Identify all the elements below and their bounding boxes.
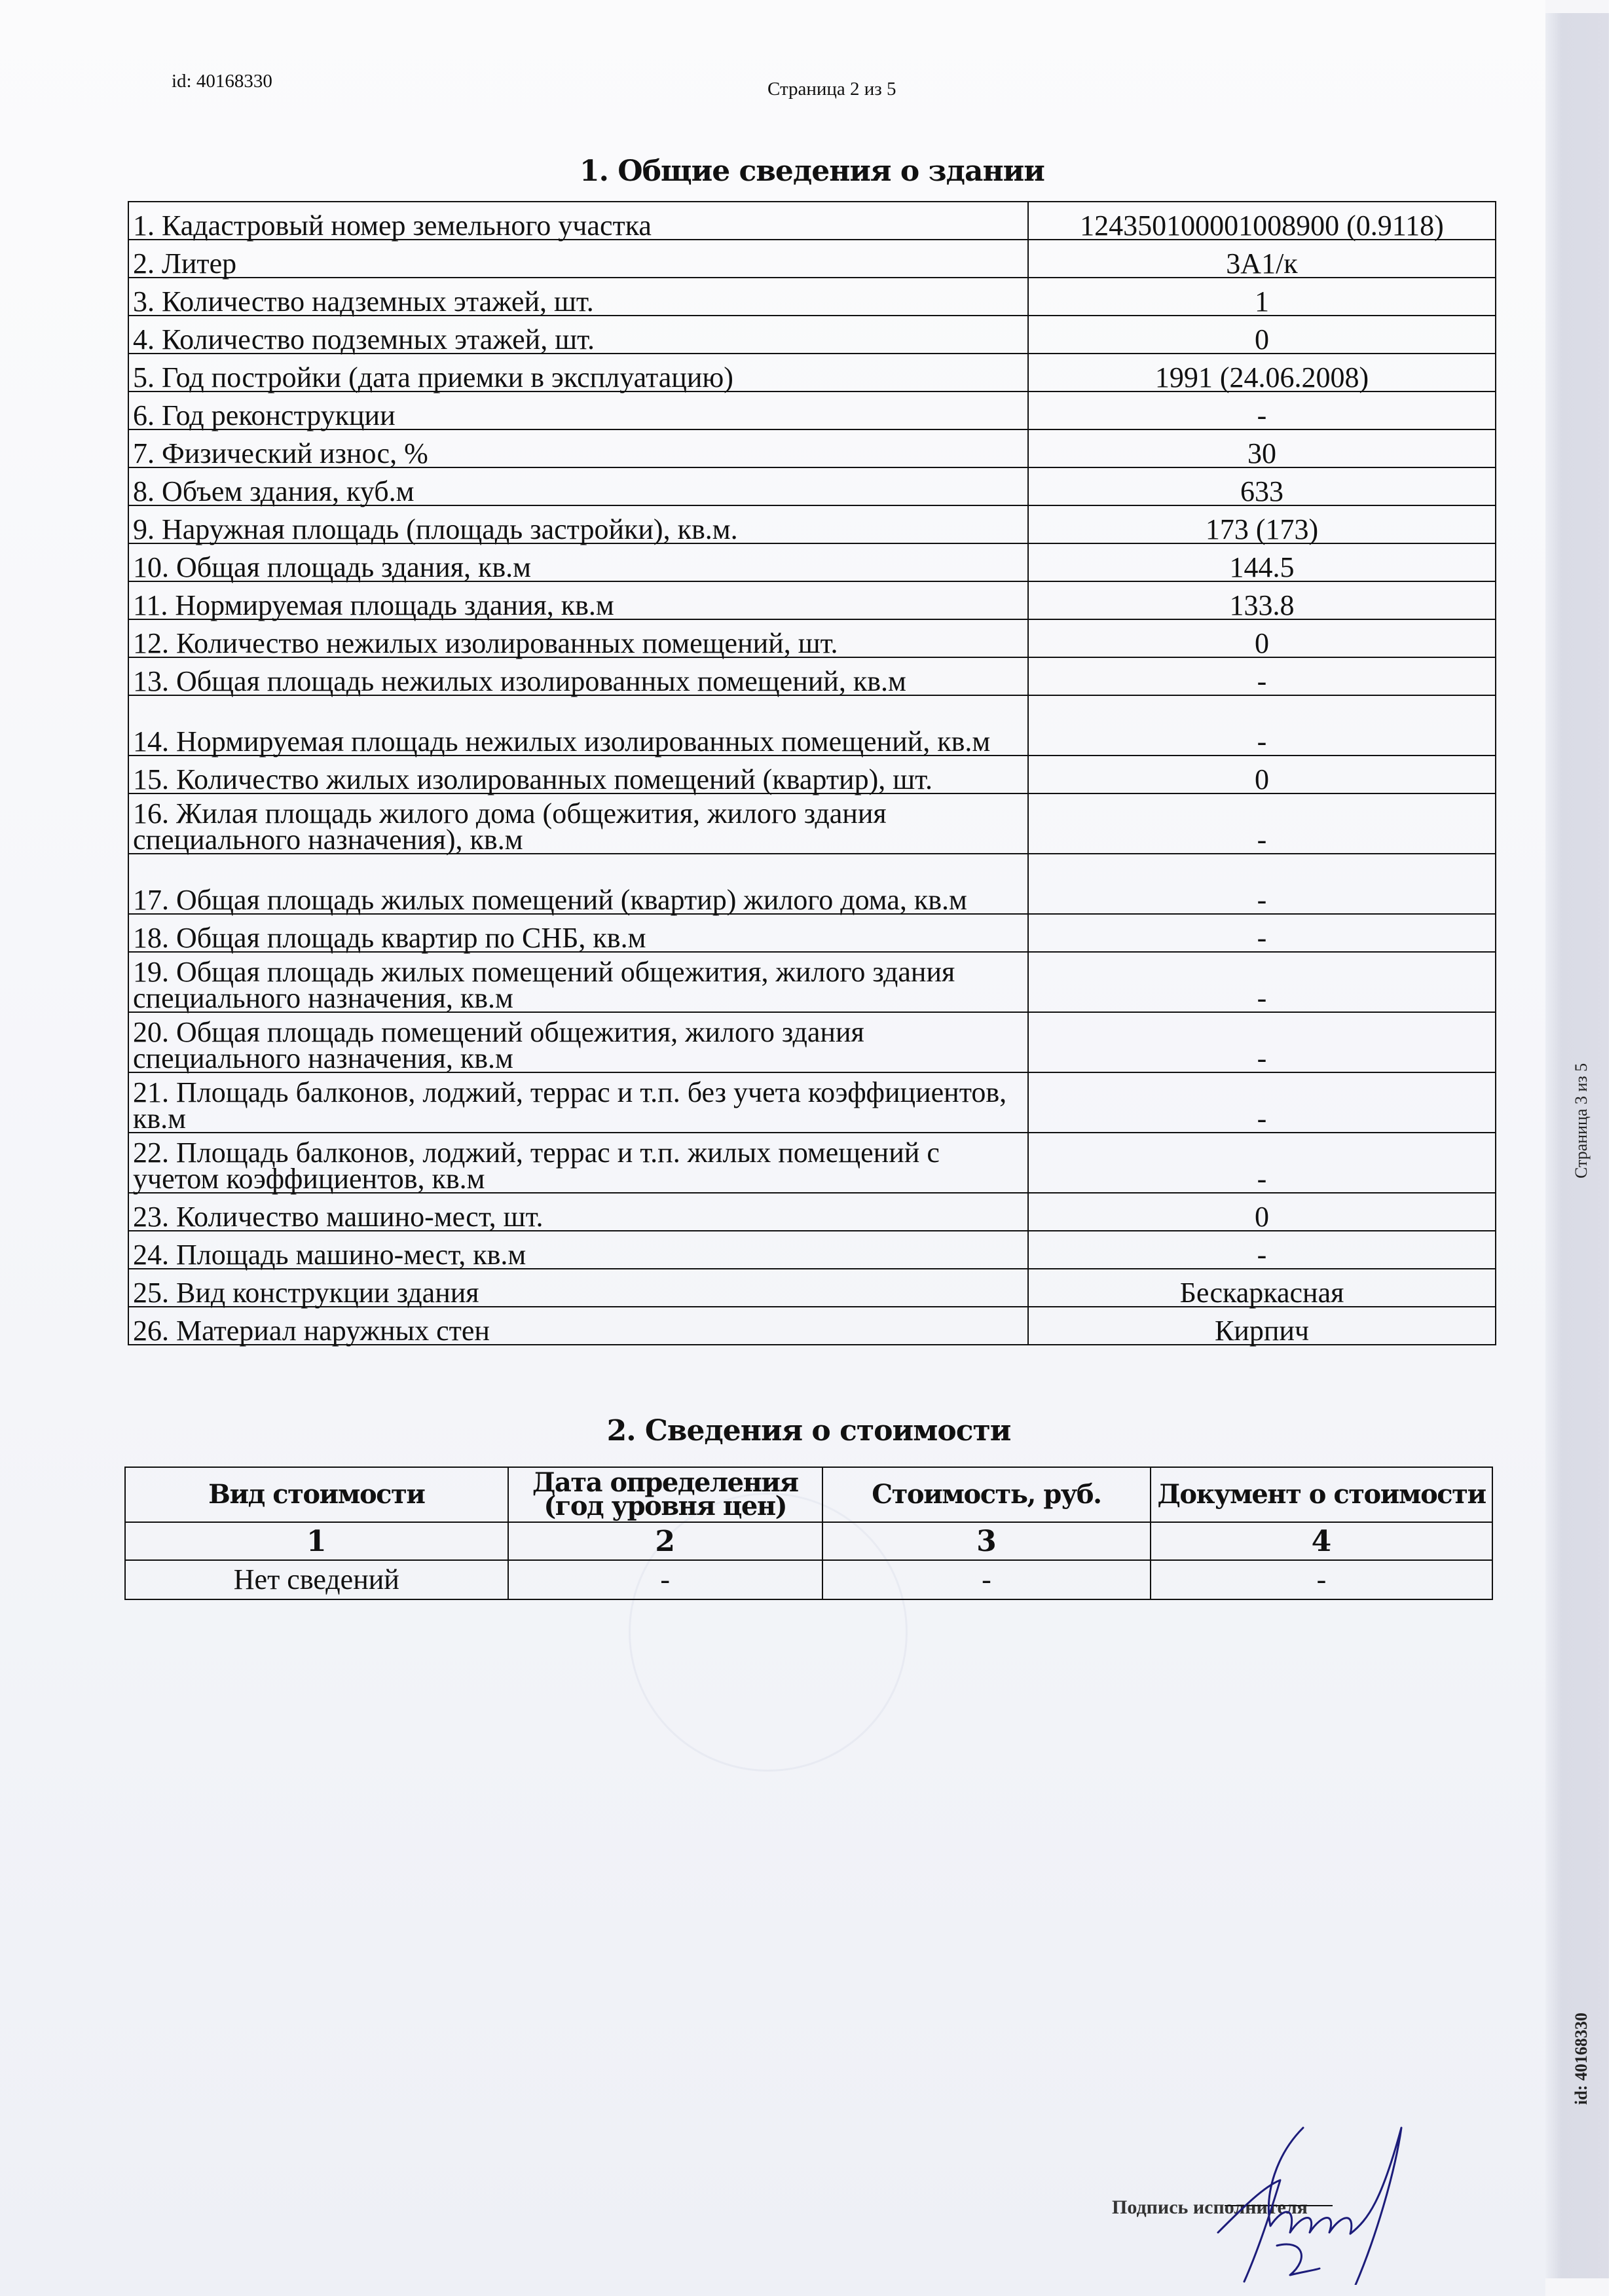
row-value: - [1028, 914, 1496, 952]
row-label: 18. Общая площадь квартир по СНБ, кв.м [128, 914, 1028, 952]
document-page: id: 40168330 Страница 2 из 5 1. Общие св… [0, 0, 1545, 2296]
row-value: 633 [1028, 467, 1496, 505]
table-row: 8. Объем здания, куб.м633 [128, 467, 1496, 505]
row-value: 133.8 [1028, 581, 1496, 619]
row-label: 13. Общая площадь нежилых изолированных … [128, 657, 1028, 695]
col-number: 4 [1151, 1522, 1492, 1560]
row-value: 1 [1028, 278, 1496, 316]
row-label: 1. Кадастровый номер земельного участка [128, 202, 1028, 240]
table-row: Нет сведений - - - [125, 1560, 1492, 1599]
table-row: 25. Вид конструкции зданияБескаркасная [128, 1269, 1496, 1307]
row-label: 15. Количество жилых изолированных помещ… [128, 756, 1028, 793]
table-row: 12. Количество нежилых изолированных пом… [128, 619, 1496, 657]
col-number: 1 [125, 1522, 508, 1560]
row-label: 17. Общая площадь жилых помещений (кварт… [128, 854, 1028, 914]
table-row: 2. Литер3А1/к [128, 240, 1496, 278]
table-row: 15. Количество жилых изолированных помещ… [128, 756, 1496, 793]
row-value: - [1028, 392, 1496, 429]
row-label: 22. Площадь балконов, лоджий, террас и т… [128, 1133, 1028, 1193]
page-number: Страница 2 из 5 [767, 79, 896, 100]
table-row: 19. Общая площадь жилых помещений общежи… [128, 952, 1496, 1012]
row-value: - [1028, 1072, 1496, 1133]
table-row: 17. Общая площадь жилых помещений (кварт… [128, 854, 1496, 914]
row-value: Кирпич [1028, 1307, 1496, 1345]
cost-info-table: Вид стоимости Дата определения (год уров… [124, 1467, 1493, 1600]
row-label: 6. Год реконструкции [128, 392, 1028, 429]
row-label: 23. Количество машино-мест, шт. [128, 1193, 1028, 1231]
cost-header-row: Вид стоимости Дата определения (год уров… [125, 1467, 1492, 1522]
row-value: - [1028, 657, 1496, 695]
table-row: 14. Нормируемая площадь нежилых изолиров… [128, 695, 1496, 756]
row-value: 173 (173) [1028, 505, 1496, 543]
row-value: 0 [1028, 1193, 1496, 1231]
table-row: 23. Количество машино-мест, шт.0 [128, 1193, 1496, 1231]
table-row: 13. Общая площадь нежилых изолированных … [128, 657, 1496, 695]
row-value: 1991 (24.06.2008) [1028, 354, 1496, 392]
row-label: 20. Общая площадь помещений общежития, ж… [128, 1012, 1028, 1072]
cost-cell: - [822, 1560, 1151, 1599]
document-cell: - [1151, 1560, 1492, 1599]
table-row: 7. Физический износ, %30 [128, 429, 1496, 467]
row-value: - [1028, 952, 1496, 1012]
row-value: 3А1/к [1028, 240, 1496, 278]
col-header-cost-type: Вид стоимости [125, 1467, 508, 1522]
table-row: 11. Нормируемая площадь здания, кв.м133.… [128, 581, 1496, 619]
row-label: 12. Количество нежилых изолированных пом… [128, 619, 1028, 657]
cost-type-cell: Нет сведений [125, 1560, 508, 1599]
col-header-document: Документ о стоимости [1151, 1467, 1492, 1522]
scan-border [1609, 0, 1624, 2296]
table-row: 4. Количество подземных этажей, шт.0 [128, 316, 1496, 354]
margin-page-number: Страница 3 из 5 [1572, 1063, 1591, 1178]
row-label: 3. Количество надземных этажей, шт. [128, 278, 1028, 316]
col-number: 2 [508, 1522, 822, 1560]
col-header-cost: Стоимость, руб. [822, 1467, 1151, 1522]
document-id: id: 40168330 [172, 71, 272, 92]
row-value: 144.5 [1028, 543, 1496, 581]
row-label: 16. Жилая площадь жилого дома (общежития… [128, 793, 1028, 854]
row-value: 30 [1028, 429, 1496, 467]
row-label: 5. Год постройки (дата приемки в эксплуа… [128, 354, 1028, 392]
row-label: 2. Литер [128, 240, 1028, 278]
table-row: 16. Жилая площадь жилого дома (общежития… [128, 793, 1496, 854]
row-value: 0 [1028, 619, 1496, 657]
row-label: 10. Общая площадь здания, кв.м [128, 543, 1028, 581]
table-row: 9. Наружная площадь (площадь застройки),… [128, 505, 1496, 543]
margin-document-id: id: 40168330 [1572, 2013, 1591, 2105]
section-2-title: 2. Сведения о стоимости [124, 1414, 1493, 1448]
col-number: 3 [822, 1522, 1151, 1560]
table-row: 10. Общая площадь здания, кв.м144.5 [128, 543, 1496, 581]
table-row: 20. Общая площадь помещений общежития, ж… [128, 1012, 1496, 1072]
section-1-title: 1. Общие сведения о здании [128, 155, 1496, 188]
row-label: 9. Наружная площадь (площадь застройки),… [128, 505, 1028, 543]
row-label: 7. Физический износ, % [128, 429, 1028, 467]
table-row: 21. Площадь балконов, лоджий, террас и т… [128, 1072, 1496, 1133]
row-label: 19. Общая площадь жилых помещений общежи… [128, 952, 1028, 1012]
row-value: - [1028, 1133, 1496, 1193]
row-label: 24. Площадь машино-мест, кв.м [128, 1231, 1028, 1269]
row-label: 21. Площадь балконов, лоджий, террас и т… [128, 1072, 1028, 1133]
row-value: - [1028, 695, 1496, 756]
date-cell: - [508, 1560, 822, 1599]
row-value: Бескаркасная [1028, 1269, 1496, 1307]
row-value: - [1028, 854, 1496, 914]
row-label: 8. Объем здания, куб.м [128, 467, 1028, 505]
table-row: 26. Материал наружных стенКирпич [128, 1307, 1496, 1345]
row-label: 25. Вид конструкции здания [128, 1269, 1028, 1307]
row-value: 0 [1028, 756, 1496, 793]
row-value: - [1028, 1231, 1496, 1269]
table-row: 18. Общая площадь квартир по СНБ, кв.м- [128, 914, 1496, 952]
row-label: 26. Материал наружных стен [128, 1307, 1028, 1345]
table-row: 6. Год реконструкции- [128, 392, 1496, 429]
row-value: - [1028, 793, 1496, 854]
table-row: 22. Площадь балконов, лоджий, террас и т… [128, 1133, 1496, 1193]
building-info-table: 1. Кадастровый номер земельного участка1… [128, 201, 1496, 1345]
table-row: 1. Кадастровый номер земельного участка1… [128, 202, 1496, 240]
row-label: 4. Количество подземных этажей, шт. [128, 316, 1028, 354]
row-value: 124350100001008900 (0.9118) [1028, 202, 1496, 240]
table-row: 5. Год постройки (дата приемки в эксплуа… [128, 354, 1496, 392]
row-value: 0 [1028, 316, 1496, 354]
row-label: 14. Нормируемая площадь нежилых изолиров… [128, 695, 1028, 756]
table-row: 24. Площадь машино-мест, кв.м- [128, 1231, 1496, 1269]
row-label: 11. Нормируемая площадь здания, кв.м [128, 581, 1028, 619]
table-row: 3. Количество надземных этажей, шт.1 [128, 278, 1496, 316]
column-number-row: 1 2 3 4 [125, 1522, 1492, 1560]
row-value: - [1028, 1012, 1496, 1072]
col-header-date: Дата определения (год уровня цен) [508, 1467, 822, 1522]
handwritten-signature [1205, 2108, 1480, 2285]
